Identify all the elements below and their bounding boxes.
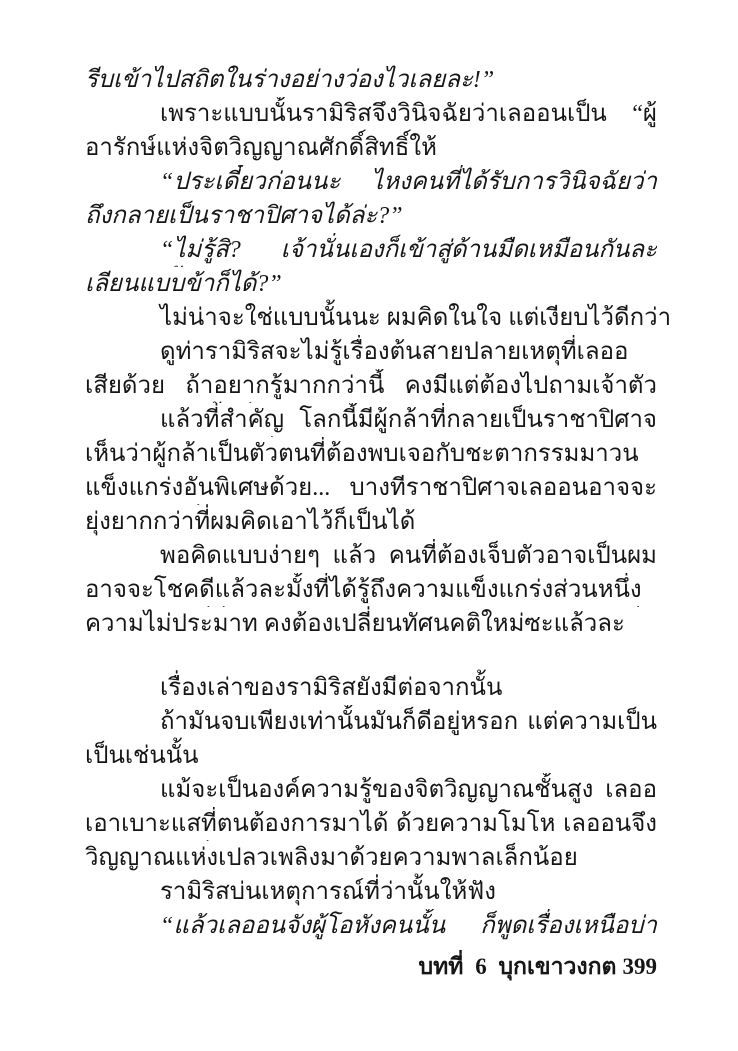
page-footer: บทที่ 6 บุกเขาวงกต399: [85, 950, 657, 984]
text-line: วิญญาณแห่งเปลวเพลิงมาด้วยความพาลเล็กน้อย: [85, 841, 657, 875]
text-line: อาจจะโชคดีแล้วละมั้งที่ได้รู้ถึงความแข็ง…: [85, 573, 657, 607]
text-line: ถ้ามันจบเพียงเท่านั้นมันก็ดีอยู่หรอก แต่…: [85, 705, 657, 739]
text-line: แล้วที่สำคัญ โลกนี้มีผู้กล้าที่กลายเป็นร…: [85, 403, 657, 437]
text-line: เอาเบาะแสที่ตนต้องการมาได้ ด้วยความโมโห …: [85, 807, 657, 841]
text-line: รามิริสบ่นเหตุการณ์ที่ว่านั้นให้ฟัง: [85, 875, 657, 909]
text-line: เพราะแบบนั้นรามิริสจึงวินิจฉัยว่าเลออนเป…: [85, 97, 657, 131]
text-line: ไม่น่าจะใช่แบบนั้นนะ ผมคิดในใจ แต่เงียบไ…: [85, 301, 657, 335]
text-line: “ไม่รู้สิ? เจ้านั่นเองก็เข้าสู่ด้านมืดเห…: [85, 233, 657, 267]
text-line: เป็นเช่นนั้น: [85, 739, 657, 773]
page-text-block: รีบเข้าไปสถิตในร่างอย่างว่องไวเลยละ!”เพร…: [85, 63, 657, 943]
text-line: อารักษ์แห่งจิตวิญญาณศักดิ์สิทธิ์ให้: [85, 131, 657, 165]
book-page: รีบเข้าไปสถิตในร่างอย่างว่องไวเลยละ!”เพร…: [0, 0, 738, 1051]
chapter-label: บทที่ 6 บุกเขาวงกต: [419, 954, 617, 979]
text-line: แข็งแกร่งอันพิเศษด้วย... บางทีราชาปิศาจเ…: [85, 471, 657, 505]
text-line: เลียนแบบข้าก็ได้?”: [85, 267, 657, 301]
text-line: “ประเดี๋ยวก่อนนะ ไหงคนที่ได้รับการวินิจฉ…: [85, 165, 657, 199]
text-line: เสียด้วย ถ้าอยากรู้มากกว่านี้ คงมีแต่ต้อ…: [85, 369, 657, 403]
text-line: เห็นว่าผู้กล้าเป็นตัวตนที่ต้องพบเจอกับชะ…: [85, 437, 657, 471]
text-line: ความไม่ประมาท คงต้องเปลี่ยนทัศนคติใหม่ซะ…: [85, 607, 657, 641]
page-number: 399: [623, 954, 658, 979]
text-line: เรื่องเล่าของรามิริสยังมีต่อจากนั้น: [85, 671, 657, 705]
text-line: “แล้วเลออนจังผู้โอหังคนนั้น ก็พูดเรื่องเ…: [85, 909, 657, 943]
text-line: พอคิดแบบง่ายๆ แล้ว คนที่ต้องเจ็บตัวอาจเป…: [85, 539, 657, 573]
text-line: ดูท่ารามิริสจะไม่รู้เรื่องต้นสายปลายเหตุ…: [85, 335, 657, 369]
text-line: แม้จะเป็นองค์ความรู้ของจิตวิญญาณชั้นสูง …: [85, 773, 657, 807]
text-line: รีบเข้าไปสถิตในร่างอย่างว่องไวเลยละ!”: [85, 63, 657, 97]
text-line: ยุ่งยากกว่าที่ผมคิดเอาไว้ก็เป็นได้: [85, 505, 657, 539]
text-line: ถึงกลายเป็นราชาปิศาจได้ล่ะ?”: [85, 199, 657, 233]
